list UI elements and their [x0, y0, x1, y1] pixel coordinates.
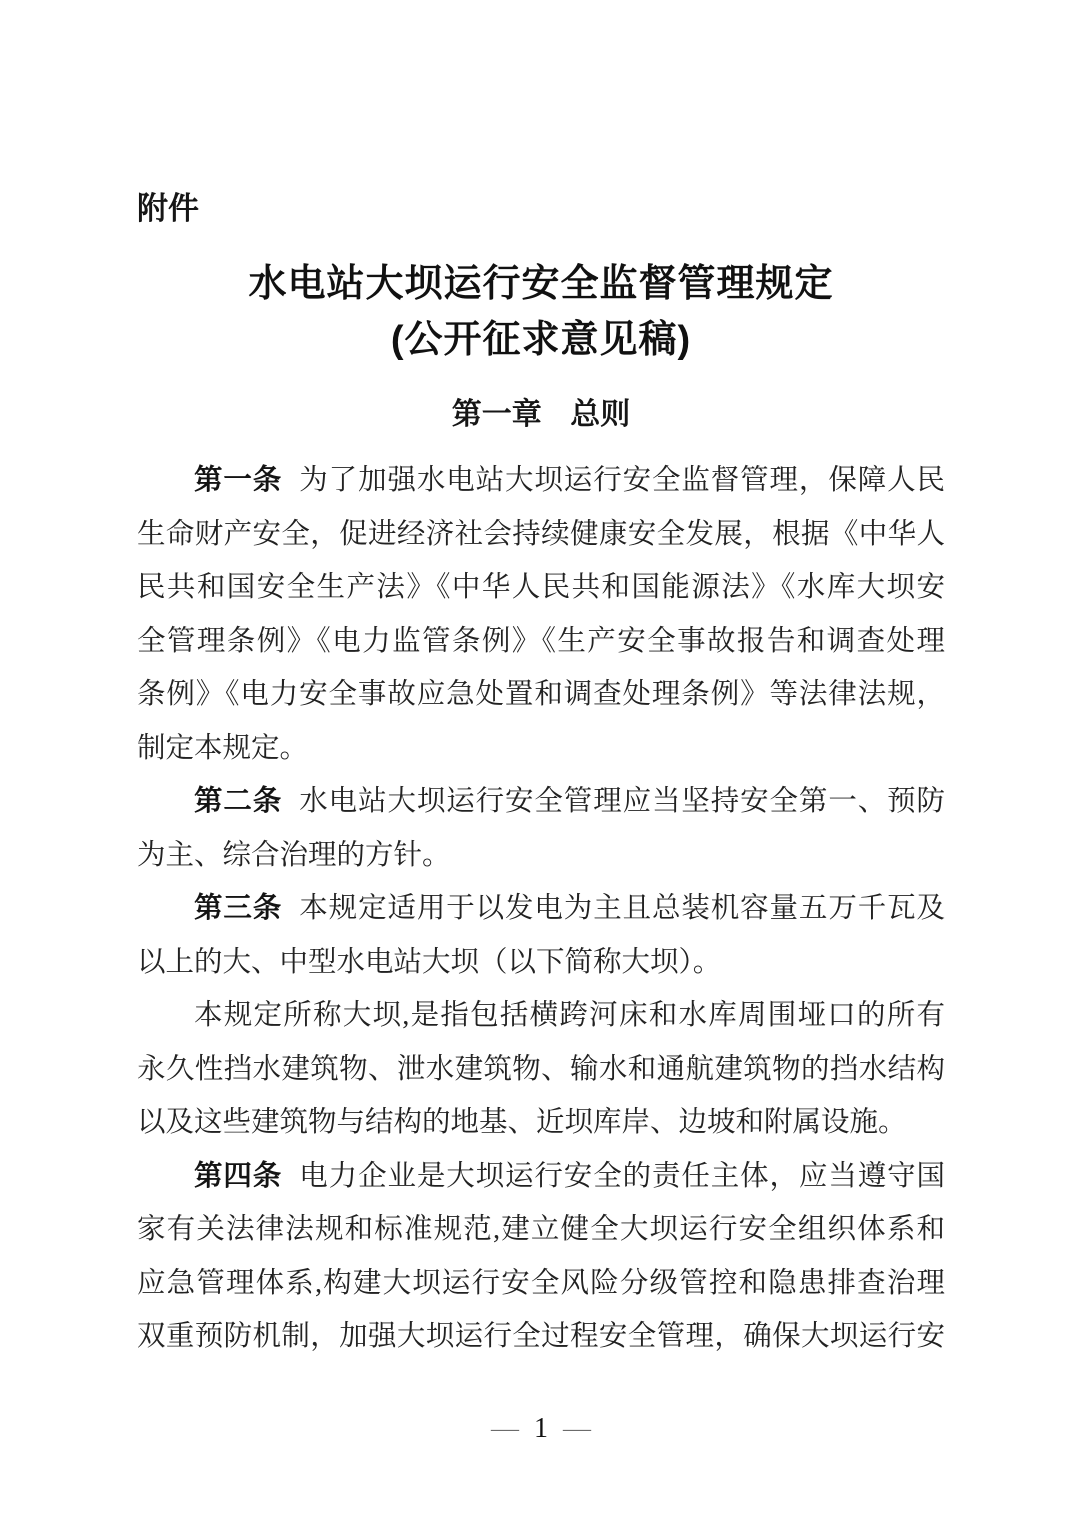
document-subtitle: (公开征求意见稿) — [137, 312, 945, 368]
line-text: 本规定所称大坝,是指包括横跨河床和水库周围垭口的所有 — [194, 1000, 945, 1031]
line-text: 全管理条例》《电力监管条例》《生产安全事故报告和调查处理 — [137, 626, 945, 657]
line-text: 本规定适用于以发电为主且总装机容量五万千瓦及 — [299, 893, 945, 924]
document-page: 附件 水电站大坝运行安全监督管理规定 (公开征求意见稿) 第一章总则 第一条为了… — [0, 0, 1080, 1527]
line-text: 应急管理体系,构建大坝运行安全风险分级管控和隐患排查治理 — [137, 1268, 945, 1299]
text-line: 第三条本规定适用于以发电为主且总装机容量五万千瓦及 — [137, 882, 945, 936]
text-line: 双重预防机制，加强大坝运行全过程安全管理，确保大坝运行安 — [137, 1310, 945, 1364]
line-text: 生命财产安全，促进经济社会持续健康安全发展，根据《中华人 — [137, 519, 945, 550]
line-text: 家有关法律法规和标准规范,建立健全大坝运行安全组织体系和 — [137, 1214, 945, 1245]
text-line: 以上的大、中型水电站大坝（以下简称大坝）。 — [137, 936, 945, 990]
line-text: 制定本规定。 — [137, 733, 308, 764]
line-text: 永久性挡水建筑物、泄水建筑物、输水和通航建筑物的挡水结构 — [137, 1054, 945, 1085]
line-text: 以及这些建筑物与结构的地基、近坝库岸、边坡和附属设施。 — [137, 1107, 907, 1138]
footer-dash-right: — — [563, 1417, 591, 1441]
text-line: 制定本规定。 — [137, 722, 945, 776]
text-line: 家有关法律法规和标准规范,建立健全大坝运行安全组织体系和 — [137, 1203, 945, 1257]
page-footer: — 1 — — [137, 1414, 945, 1444]
article-number: 第四条 — [194, 1160, 282, 1192]
line-text: 水电站大坝运行安全管理应当坚持安全第一、预防 — [299, 786, 945, 817]
document-title: 水电站大坝运行安全监督管理规定 — [137, 256, 945, 312]
text-line: 第四条电力企业是大坝运行安全的责任主体，应当遵守国 — [137, 1150, 945, 1204]
article-number: 第二条 — [194, 785, 282, 817]
chapter-name: 总则 — [570, 398, 630, 431]
line-text: 民共和国安全生产法》《中华人民共和国能源法》《水库大坝安 — [137, 572, 945, 603]
line-text: 条例》《电力安全事故应急处置和调查处理条例》等法律法规， — [137, 679, 945, 710]
line-text: 电力企业是大坝运行安全的责任主体，应当遵守国 — [299, 1161, 945, 1192]
text-line: 民共和国安全生产法》《中华人民共和国能源法》《水库大坝安 — [137, 561, 945, 615]
text-line: 条例》《电力安全事故应急处置和调查处理条例》等法律法规， — [137, 668, 945, 722]
text-line: 为主、综合治理的方针。 — [137, 829, 945, 883]
text-line: 生命财产安全，促进经济社会持续健康安全发展，根据《中华人 — [137, 508, 945, 562]
line-text: 双重预防机制，加强大坝运行全过程安全管理，确保大坝运行安 — [137, 1321, 945, 1352]
line-text: 以上的大、中型水电站大坝（以下简称大坝）。 — [137, 947, 721, 978]
text-line: 本规定所称大坝,是指包括横跨河床和水库周围垭口的所有 — [137, 989, 945, 1043]
text-line: 应急管理体系,构建大坝运行安全风险分级管控和隐患排查治理 — [137, 1257, 945, 1311]
line-text: 为了加强水电站大坝运行安全监督管理，保障人民 — [299, 465, 945, 496]
text-line: 第二条水电站大坝运行安全管理应当坚持安全第一、预防 — [137, 775, 945, 829]
chapter-heading: 第一章总则 — [137, 395, 945, 435]
text-line: 第一条为了加强水电站大坝运行安全监督管理，保障人民 — [137, 454, 945, 508]
article-number: 第一条 — [194, 464, 282, 496]
document-body: 第一条为了加强水电站大坝运行安全监督管理，保障人民 生命财产安全，促进经济社会持… — [137, 454, 945, 1364]
line-text: 为主、综合治理的方针。 — [137, 840, 451, 871]
article-number: 第三条 — [194, 892, 282, 924]
text-line: 永久性挡水建筑物、泄水建筑物、输水和通航建筑物的挡水结构 — [137, 1043, 945, 1097]
page-number: 1 — [534, 1414, 548, 1444]
footer-dash-left: — — [491, 1417, 519, 1441]
attachment-label: 附件 — [137, 192, 945, 226]
chapter-number: 第一章 — [452, 398, 542, 431]
text-line: 以及这些建筑物与结构的地基、近坝库岸、边坡和附属设施。 — [137, 1096, 945, 1150]
text-line: 全管理条例》《电力监管条例》《生产安全事故报告和调查处理 — [137, 615, 945, 669]
